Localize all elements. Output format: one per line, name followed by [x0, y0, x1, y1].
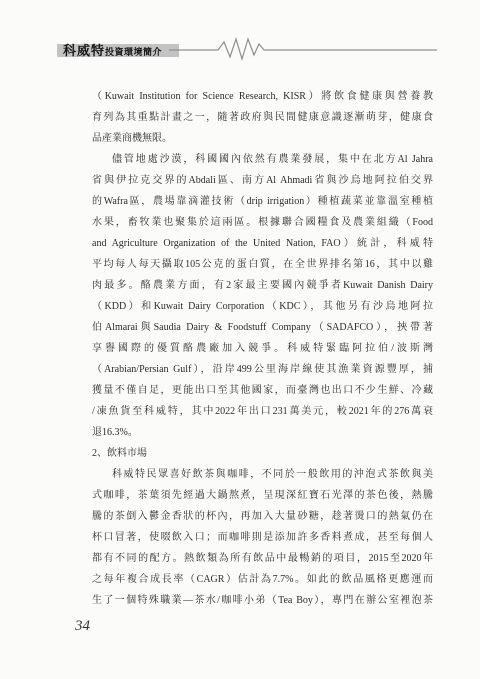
body-text: （Kuwait Institution for Science Research…: [92, 86, 433, 611]
text-line: 儘管地處沙漠，科國國內依然有農業發展，集中在北方Al Jahra: [92, 149, 433, 170]
header-title-band: 科威特投資環境簡介: [57, 44, 179, 57]
text-line: 省與伊拉克交界的Abdali區、南方Al Ahmadi省與沙烏地阿拉伯交界: [92, 170, 433, 191]
text-line: 肉最多。酪農業方面，有2家最主要國內競爭者Kuwait Danish Dairy: [92, 275, 433, 296]
document-page: 科威特投資環境簡介 （Kuwait Institution for Scienc…: [0, 0, 480, 679]
header-title-sub: 投資環境簡介: [105, 46, 162, 59]
text-line: （KDD）和Kuwait Dairy Corporation（KDC），其他另有…: [92, 296, 433, 317]
text-line: 科威特民眾喜好飲茶與咖啡，不同於一般飲用的沖泡式茶飲與美: [92, 464, 433, 485]
text-line: 伯Almarai與Saudia Dairy & Foodstuff Compan…: [92, 317, 433, 338]
text-line: 享譽國際的優質酪農廠加入競爭。科威特緊臨阿拉伯/波斯灣: [92, 338, 433, 359]
text-line: 都有不同的配方。熱飲類為所有飲品中最暢銷的項目，2015至2020年: [92, 548, 433, 569]
text-line: 生了一個特殊職業—茶水/咖啡小弟（Tea Boy），專門在辦公室裡泡茶: [92, 590, 433, 611]
section-heading: 2、飲料市場: [92, 443, 433, 464]
text-line: 獲量不僅自足，更能出口至其他國家，而臺灣也出口不少生鮮、冷藏: [92, 380, 433, 401]
text-line: 退16.3%。: [92, 422, 433, 443]
text-line: 水果，畜牧業也聚集於這兩區。根據聯合國糧食及農業組織（Food: [92, 212, 433, 233]
text-line: 品產業商機無限。: [92, 128, 433, 149]
text-line: 平均每人每天攝取105公克的蛋白質，在全世界排名第16，其中以雞: [92, 254, 433, 275]
text-line: （Kuwait Institution for Science Research…: [92, 86, 433, 107]
header-title-main: 科威特: [63, 44, 105, 57]
text-line: and Agriculture Organization of the Unit…: [92, 233, 433, 254]
text-line: 式咖啡，茶葉須先經過大鍋熬煮，呈現深紅寶石光澤的茶色後，熱騰: [92, 485, 433, 506]
text-line: 的Wafra區，農場靠滴灌技術（drip irrigation）種植蔬菜並靠溫室…: [92, 191, 433, 212]
text-line: 杯口冒著，使啜飲入口；而咖啡則是添加許多香料煮成，甚至每個人: [92, 527, 433, 548]
text-line: 育列為其重點計畫之一，隨著政府與民間健康意識逐漸萌芽，健康食: [92, 107, 433, 128]
page-number: 34: [75, 618, 90, 635]
text-line: /凍魚貨至科威特，其中2022年出口231萬美元，較2021年的276萬衰: [92, 401, 433, 422]
text-line: （Arabian/Persian Gulf），沿岸499公里海岸線使其漁業資源豐…: [92, 359, 433, 380]
text-line: 之每年複合成長率（CAGR）估計為7.7%。如此的飲品風格更應運而: [92, 569, 433, 590]
heartbeat-line-graphic: [169, 36, 437, 64]
text-line: 騰的茶倒入鬱金香狀的杯內，再加入大量砂糖，趁著燙口的熱氣仍在: [92, 506, 433, 527]
